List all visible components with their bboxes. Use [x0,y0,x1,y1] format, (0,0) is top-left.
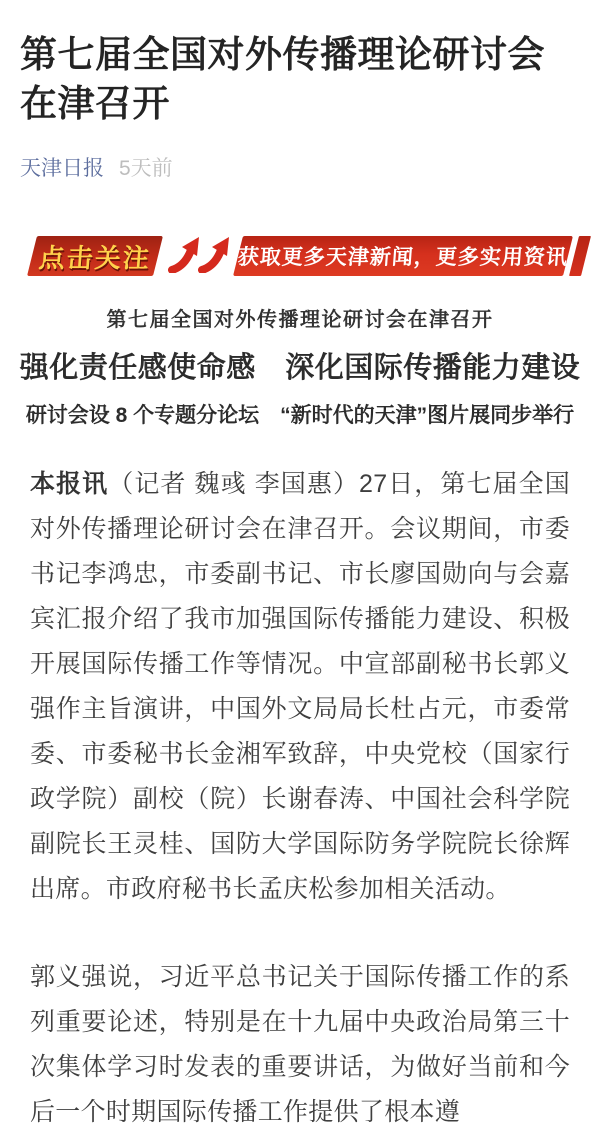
follow-banner[interactable]: 点击关注 获取更多天津新闻，更多实用资讯 [32,236,577,276]
paragraph: 本报讯（记者 魏彧 李国惠）27日，第七届全国对外传播理论研讨会在津召开。会议期… [30,462,570,912]
timestamp: 5天前 [119,152,173,182]
paragraph-text: 郭义强说，习近平总书记关于国际传播工作的系列重要论述，特别是在十九届中央政治局第… [30,963,570,1126]
follow-button[interactable]: 点击关注 [27,236,163,276]
page-title: 第七届全国对外传播理论研讨会在津召开 [0,0,600,128]
curved-up-arrow-icon [168,237,202,273]
banner-arrows [168,237,232,273]
publisher-link[interactable]: 天津日报 [20,152,104,182]
banner-tip-stripe [569,236,591,276]
promo-text: 获取更多天津新闻，更多实用资讯 [237,241,569,271]
article-body: 本报讯（记者 魏彧 李国惠）27日，第七届全国对外传播理论研讨会在津召开。会议期… [0,462,600,1135]
headline-kicker: 第七届全国对外传播理论研讨会在津召开 [0,303,600,332]
paragraph: 郭义强说，习近平总书记关于国际传播工作的系列重要论述，特别是在十九届中央政治局第… [30,955,570,1135]
source-row: 天津日报 5天前 [0,152,600,182]
promo-strip[interactable]: 获取更多天津新闻，更多实用资讯 [233,236,573,276]
curved-up-arrow-icon [198,237,232,273]
headline-main: 强化责任感使命感 深化国际传播能力建设 [0,345,600,386]
follow-button-label: 点击关注 [38,238,153,275]
newspaper-headline-image: 第七届全国对外传播理论研讨会在津召开 强化责任感使命感 深化国际传播能力建设 研… [0,303,600,429]
paragraph-lead: 本报讯 [30,470,108,498]
paragraph-text: （记者 魏彧 李国惠）27日，第七届全国对外传播理论研讨会在津召开。会议期间，市… [30,470,570,903]
headline-sub: 研讨会设 8 个专题分论坛 “新时代的天津”图片展同步举行 [0,399,600,429]
